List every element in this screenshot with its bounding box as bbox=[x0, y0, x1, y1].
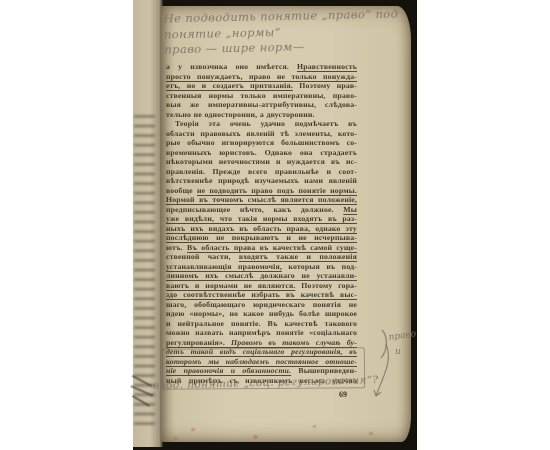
print-line: ственныя нормы только императивны, право… bbox=[166, 91, 357, 101]
print-line: вообще не подводить право подъ понятіе н… bbox=[166, 186, 357, 196]
book-page: Не подводить понятие „право“ подпонятие … bbox=[161, 6, 411, 442]
print-line: области правовыхъ явленій тѣ элементы, к… bbox=[166, 129, 357, 139]
print-line: линномъ ихъ смыслѣ должнаго не устанавли… bbox=[166, 271, 357, 281]
print-line: предписывающее нѣчто, какъ должное. Мы bbox=[166, 205, 357, 215]
print-line: правленія. Прежде всего правильнѣе и соо… bbox=[166, 167, 357, 177]
print-line: ственной части, входятъ также и положені… bbox=[166, 252, 357, 262]
foxing-spot bbox=[173, 437, 178, 440]
print-line: ваютъ и нормами не являются. Поэтому гор… bbox=[166, 281, 357, 291]
print-line: рые обычно игнорируются большинствомъ со… bbox=[166, 138, 357, 148]
foxing-spot bbox=[369, 432, 373, 435]
pencil-arrow bbox=[376, 344, 388, 396]
print-line: етъ, но и создаетъ притязанія. Поэтому н… bbox=[166, 81, 357, 91]
foxing-spot bbox=[313, 425, 316, 428]
print-line: можно назвать напримѣръ понятіе «соціаль… bbox=[166, 328, 357, 338]
screenshot: Не подводить понятие „право“ подпонятие … bbox=[0, 0, 550, 450]
print-line: регулированія». Правомъ въ такомъ случаѣ… bbox=[166, 338, 357, 348]
print-line: послѣднюю не покрываютъ и не исчерпыва- bbox=[166, 233, 357, 243]
print-line: ныхъ ихъ видахъ въ область права, однако… bbox=[166, 224, 357, 234]
print-line: выя же императивны-аттрибутивны, слѣдова… bbox=[166, 100, 357, 110]
print-line: уже видѣли, что такія нормы входятъ въ р… bbox=[166, 214, 357, 224]
book-photo: Не подводить понятие „право“ подпонятие … bbox=[133, 0, 417, 450]
handwritten-note-top: Не подводить понятие „право“ подпонятие … bbox=[164, 7, 400, 58]
handwritten-margin-note: право и bbox=[373, 324, 421, 408]
print-line: шаго, обобщающаго юридическаго понятія н… bbox=[166, 300, 357, 310]
print-line: устанавливающія правомочія, которыя въ п… bbox=[166, 262, 357, 272]
pencil-bracket bbox=[381, 330, 386, 358]
foxing-spot bbox=[253, 435, 258, 439]
print-line: тельно не односторонни, а двусторонни. bbox=[166, 110, 357, 120]
print-line: здо соотвѣтственнѣе избрать въ качествѣ … bbox=[166, 290, 357, 300]
print-line: временныхъ юристовъ. Однако она страдает… bbox=[166, 148, 357, 158]
margin-note-word2: и bbox=[395, 347, 401, 357]
print-line: Теорія эта очень удачно подмѣчаетъ въ bbox=[166, 119, 357, 129]
print-line: и нейтральное понятіе. Въ качествѣ таков… bbox=[166, 319, 357, 329]
print-line: а у извозчика оно имѣется. Нравственност… bbox=[166, 62, 357, 72]
foxing-spot bbox=[191, 428, 195, 431]
page-number: 69 bbox=[339, 390, 347, 399]
margin-note-word1: право bbox=[388, 329, 417, 343]
print-line: нѣкоторыми неточностями и нуждается въ и… bbox=[166, 157, 357, 167]
print-line: Нормой въ точномъ смыслѣ является положе… bbox=[166, 195, 357, 205]
print-line: вѣтственнѣе природѣ изучаемыхъ нами явле… bbox=[166, 176, 357, 186]
printed-text: а у извозчика оно имѣется. Нравственност… bbox=[166, 62, 357, 385]
print-line: идею «нормы», но какое нибудь болѣе широ… bbox=[166, 309, 357, 319]
print-line: просто понуждаетъ, право не только понуж… bbox=[166, 72, 357, 82]
print-line: ютъ. Въ область права въ качествѣ самой … bbox=[166, 243, 357, 253]
